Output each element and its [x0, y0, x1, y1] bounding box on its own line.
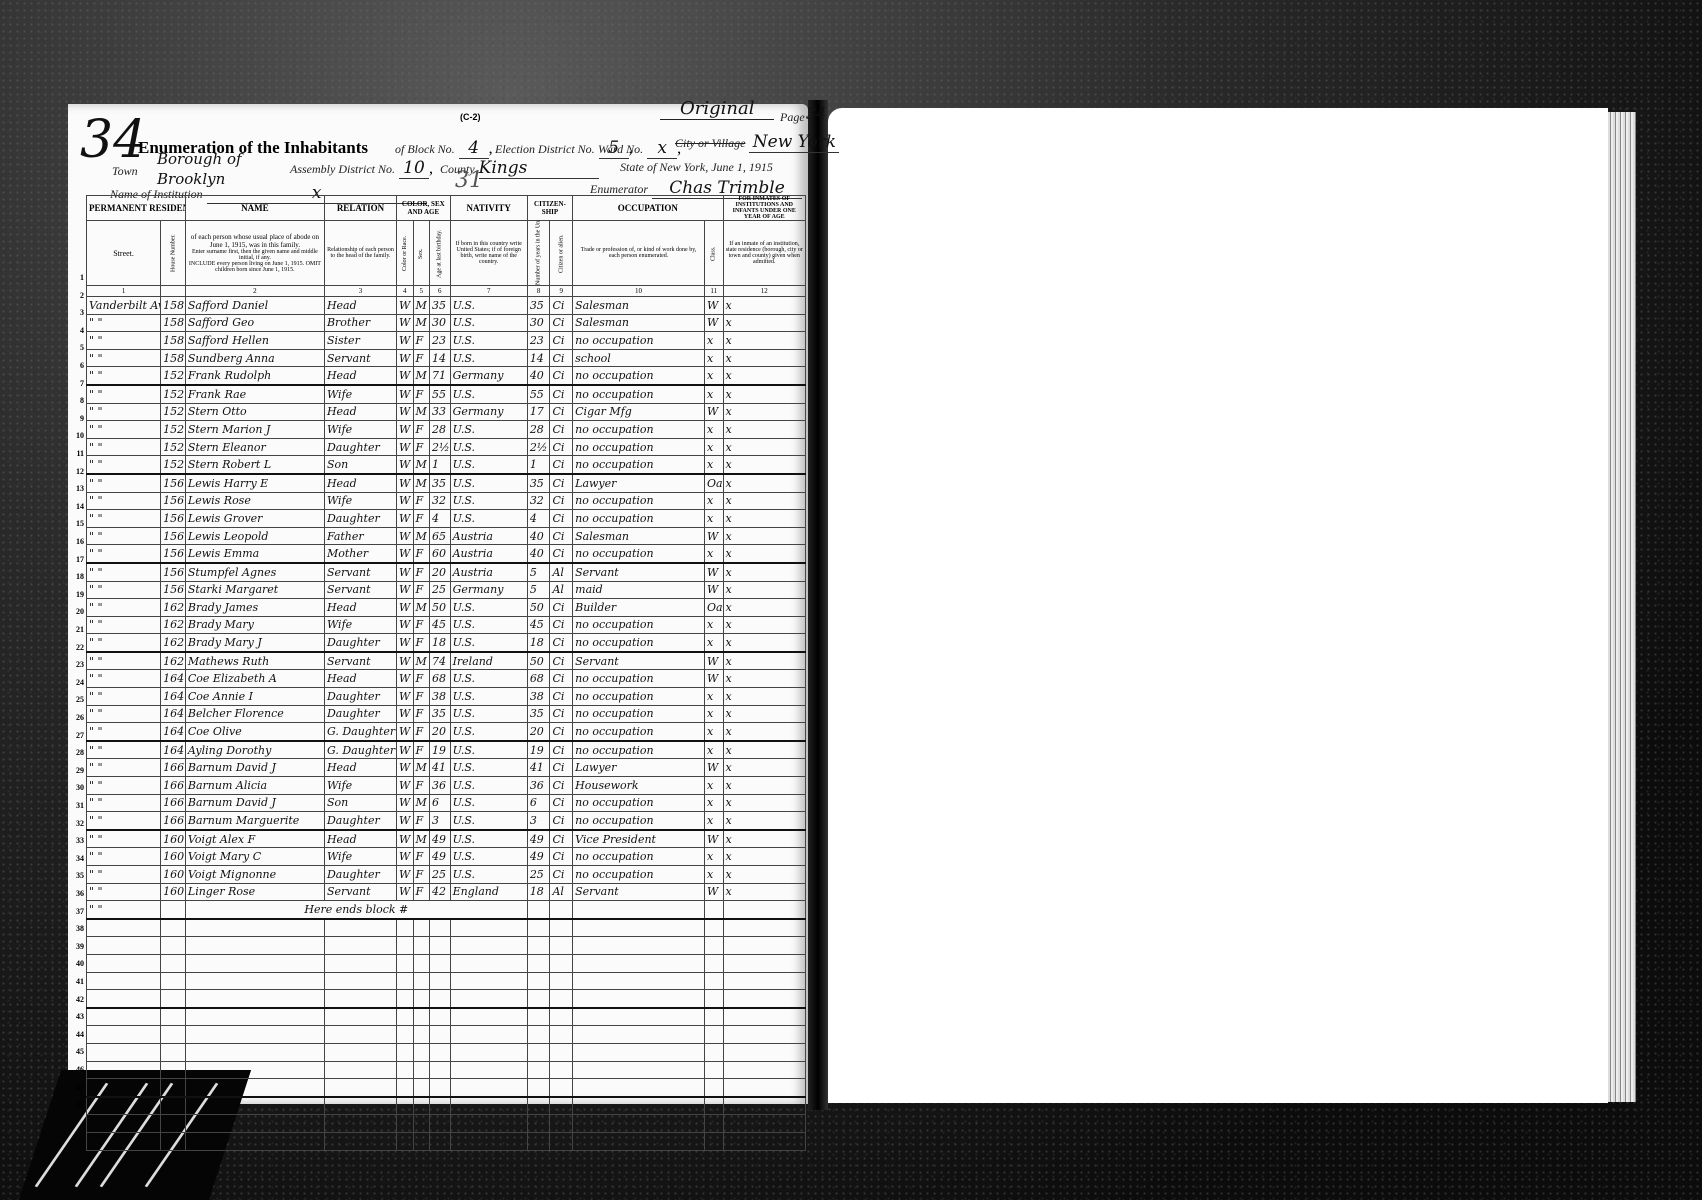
- cell-cit: Ci: [550, 527, 573, 545]
- cell-nativity: U.S.: [450, 349, 527, 367]
- cell-col12: x: [723, 545, 805, 563]
- row-number: 8: [66, 396, 84, 405]
- cell-years: 23: [527, 332, 550, 350]
- cell-age: 35: [429, 474, 450, 492]
- table-row: " "162Brady JamesHeadWM50U.S.50CiBuilder…: [87, 599, 806, 617]
- cell-col12: x: [723, 297, 805, 315]
- cell-empty: [413, 972, 429, 990]
- enumerator-label: Enumerator: [590, 182, 648, 196]
- assembly-value: 10: [399, 158, 429, 179]
- name-desc: of each person whose usual place of abod…: [188, 233, 322, 249]
- cell-nativity: U.S.: [450, 616, 527, 634]
- cell-house: 160: [161, 830, 186, 848]
- cell-years: 35: [527, 297, 550, 315]
- cell-nativity: U.S.: [450, 314, 527, 332]
- cell-relation: Head: [324, 474, 396, 492]
- cell-occupation: no occupation: [573, 688, 705, 706]
- cell-occupation: no occupation: [573, 634, 705, 652]
- cell-years: 35: [527, 474, 550, 492]
- cell-color: W: [397, 438, 413, 456]
- cell-house: 164: [161, 705, 186, 723]
- cell-sex: F: [413, 705, 429, 723]
- cell-age: 60: [429, 545, 450, 563]
- table-row: [87, 1026, 806, 1044]
- table-row: [87, 937, 806, 955]
- cell-occupation: no occupation: [573, 492, 705, 510]
- cell-empty: [324, 919, 396, 937]
- cell-years: 38: [527, 688, 550, 706]
- cell-name: Safford Daniel: [185, 297, 324, 315]
- cell-col12: x: [723, 421, 805, 439]
- cell-empty: [450, 937, 527, 955]
- cell-empty: [723, 1026, 805, 1044]
- cell-empty: [704, 954, 723, 972]
- cell-nativity: U.S.: [450, 777, 527, 795]
- cell-empty: [704, 937, 723, 955]
- row-number: 43: [66, 1012, 84, 1021]
- cell-color: W: [397, 705, 413, 723]
- cell-class: W: [704, 883, 723, 901]
- cell-empty: [397, 990, 413, 1008]
- col-num-11: 11: [704, 286, 723, 297]
- col-num-12: 12: [723, 286, 805, 297]
- cell-empty: [429, 990, 450, 1008]
- cell-class: x: [704, 848, 723, 866]
- cell-house: 160: [161, 883, 186, 901]
- header-years-us: Number of years in the United States.: [527, 221, 550, 286]
- town-value-line1: Borough of: [157, 150, 242, 168]
- row-number: 15: [66, 519, 84, 528]
- cell-sex: M: [413, 527, 429, 545]
- cell-empty: [413, 919, 429, 937]
- table-row: " "152Stern Marion JWifeWF28U.S.28Cino o…: [87, 421, 806, 439]
- cell-name: Sundberg Anna: [185, 349, 324, 367]
- cell-occupation: maid: [573, 581, 705, 599]
- cell-street: " ": [87, 581, 161, 599]
- cell-empty: [723, 954, 805, 972]
- cell-house: 152: [161, 421, 186, 439]
- cell-name: Coe Olive: [185, 723, 324, 741]
- cell-relation: Sister: [324, 332, 396, 350]
- cell-relation: Wife: [324, 616, 396, 634]
- cell-nativity: U.S.: [450, 723, 527, 741]
- cell-empty: [324, 1043, 396, 1061]
- cell-sex: F: [413, 723, 429, 741]
- cell-house: 160: [161, 866, 186, 884]
- cell-occupation: Lawyer: [573, 759, 705, 777]
- cell-cit: Ci: [550, 456, 573, 474]
- cell-empty: [429, 972, 450, 990]
- cell-sex: M: [413, 652, 429, 670]
- cell-relation: Servant: [324, 581, 396, 599]
- election-district-label: Election District No.: [495, 142, 595, 156]
- cell-empty: [527, 972, 550, 990]
- cell-name: Stern Otto: [185, 403, 324, 421]
- cell-nativity: Austria: [450, 527, 527, 545]
- cell-sex: M: [413, 403, 429, 421]
- cell-name: Ayling Dorothy: [185, 741, 324, 759]
- cell-color: W: [397, 866, 413, 884]
- cell-street: " ": [87, 759, 161, 777]
- cell-empty: [324, 954, 396, 972]
- cell-col12: x: [723, 385, 805, 403]
- cell-years: 5: [527, 563, 550, 581]
- header-occupation-desc: Trade or profession of, or kind of work …: [573, 221, 705, 286]
- cell-house: 152: [161, 456, 186, 474]
- cell-empty: [413, 1079, 429, 1097]
- cell-color: W: [397, 367, 413, 385]
- cell-col12: x: [723, 670, 805, 688]
- cell-col12: x: [723, 456, 805, 474]
- form-code: (C-2): [460, 112, 481, 122]
- cell-relation: Daughter: [324, 438, 396, 456]
- cell-nativity: U.S.: [450, 848, 527, 866]
- cell-cit: Al: [550, 581, 573, 599]
- cell-empty: [161, 1043, 186, 1061]
- cell-class: x: [704, 385, 723, 403]
- cell-empty: [87, 1079, 161, 1097]
- cell-years: 18: [527, 634, 550, 652]
- cell-age: 71: [429, 367, 450, 385]
- cell-years: 40: [527, 545, 550, 563]
- cell-color: W: [397, 421, 413, 439]
- cell-age: 23: [429, 332, 450, 350]
- city-label: City or Village: [675, 136, 745, 150]
- cell-occupation: no occupation: [573, 545, 705, 563]
- cell-occupation: no occupation: [573, 741, 705, 759]
- cell-color: W: [397, 794, 413, 812]
- cell-relation: Daughter: [324, 688, 396, 706]
- table-row: [87, 990, 806, 1008]
- cell-cit: Ci: [550, 688, 573, 706]
- table-row: " "162Brady MaryWifeWF45U.S.45Cino occup…: [87, 616, 806, 634]
- cell-relation: Daughter: [324, 812, 396, 830]
- row-number: 1: [66, 273, 84, 282]
- cell-years: 35: [527, 705, 550, 723]
- cell-name: Stern Eleanor: [185, 438, 324, 456]
- city-value: New York: [749, 132, 839, 153]
- cell-empty: [161, 1061, 186, 1079]
- cell-house: 166: [161, 812, 186, 830]
- cell-relation: Son: [324, 456, 396, 474]
- assembly-field: Assembly District No. 10,: [290, 158, 433, 179]
- table-row: " "152Stern OttoHeadWM33Germany17CiCigar…: [87, 403, 806, 421]
- cell-col12: x: [723, 510, 805, 528]
- cell-name: Barnum David J: [185, 759, 324, 777]
- cell-street: Vanderbilt Av: [87, 297, 161, 315]
- cell-name: Frank Rudolph: [185, 367, 324, 385]
- cell-empty: [87, 954, 161, 972]
- cell-empty: [161, 937, 186, 955]
- cell-empty: [723, 1132, 805, 1150]
- cell-color: W: [397, 545, 413, 563]
- cell-house: 166: [161, 759, 186, 777]
- cell-street: " ": [87, 670, 161, 688]
- cell-color: W: [397, 688, 413, 706]
- cell-empty: [87, 937, 161, 955]
- row-number: 31: [66, 801, 84, 810]
- cell-nativity: U.S.: [450, 741, 527, 759]
- cell-house: [161, 901, 186, 919]
- cell-empty: [397, 1026, 413, 1044]
- cell-occupation: no occupation: [573, 848, 705, 866]
- cell-empty: [723, 937, 805, 955]
- cell-empty: [87, 1026, 161, 1044]
- table-row: " "160Voigt Mary CWifeWF49U.S.49Cino occ…: [87, 848, 806, 866]
- cell-empty: [550, 1097, 573, 1115]
- original-label: Original: [660, 98, 774, 120]
- table-row: " "166Barnum AliciaWifeWF36U.S.36CiHouse…: [87, 777, 806, 795]
- cell-empty: [723, 919, 805, 937]
- cell-house: 152: [161, 438, 186, 456]
- cell-empty: [397, 1061, 413, 1079]
- cell-empty: [573, 1043, 705, 1061]
- table-row: " "156Lewis RoseWifeWF32U.S.32Cino occup…: [87, 492, 806, 510]
- cell-years: 18: [527, 883, 550, 901]
- cell-house: 158: [161, 349, 186, 367]
- cell-age: 18: [429, 634, 450, 652]
- cell-cit: Ci: [550, 670, 573, 688]
- cell-house: 156: [161, 510, 186, 528]
- cell-col12: x: [723, 367, 805, 385]
- cell-house: 156: [161, 563, 186, 581]
- cell-col12: x: [723, 314, 805, 332]
- cell-class: x: [704, 723, 723, 741]
- cell-nativity: U.S.: [450, 510, 527, 528]
- cell-col12: x: [723, 599, 805, 617]
- cell-sex: F: [413, 848, 429, 866]
- cell-class: x: [704, 421, 723, 439]
- cell-sex: F: [413, 777, 429, 795]
- cell-relation: Wife: [324, 421, 396, 439]
- margin-note: 31: [455, 168, 483, 193]
- cell-empty: [550, 1043, 573, 1061]
- cell-occupation: school: [573, 349, 705, 367]
- cell-house: 156: [161, 474, 186, 492]
- cell-age: 74: [429, 652, 450, 670]
- cell-house: 164: [161, 741, 186, 759]
- cell-color: W: [397, 527, 413, 545]
- cell-nativity: England: [450, 883, 527, 901]
- cell-empty: [185, 954, 324, 972]
- cell-empty: [413, 1132, 429, 1150]
- cell-occupation: Vice President: [573, 830, 705, 848]
- cell-street: " ": [87, 688, 161, 706]
- cell-house: 160: [161, 848, 186, 866]
- cell-years: 36: [527, 777, 550, 795]
- cell-sex: F: [413, 670, 429, 688]
- table-row: [87, 1079, 806, 1097]
- cell-house: 158: [161, 314, 186, 332]
- cell-years: 49: [527, 830, 550, 848]
- cell-empty: [397, 1097, 413, 1115]
- cell-house: 156: [161, 492, 186, 510]
- cell-color: W: [397, 812, 413, 830]
- cell-col12: x: [723, 332, 805, 350]
- cell-empty: [723, 972, 805, 990]
- row-number: 46: [66, 1065, 84, 1074]
- row-number: 36: [66, 889, 84, 898]
- cell-relation: Wife: [324, 385, 396, 403]
- cell-street: " ": [87, 367, 161, 385]
- cell-relation: Servant: [324, 652, 396, 670]
- cell-empty: [397, 919, 413, 937]
- cell-sex: F: [413, 688, 429, 706]
- table-row: [87, 1097, 806, 1115]
- row-number: 42: [66, 995, 84, 1004]
- cell-years: 30: [527, 314, 550, 332]
- col-num-3: 3: [324, 286, 396, 297]
- cell-empty: [450, 972, 527, 990]
- cell-relation: Head: [324, 670, 396, 688]
- cell-occupation: Salesman: [573, 297, 705, 315]
- cell-color: W: [397, 474, 413, 492]
- cell-empty: [573, 1097, 705, 1115]
- cell-age: 41: [429, 759, 450, 777]
- cell-street: " ": [87, 777, 161, 795]
- cell-empty: [324, 990, 396, 1008]
- row-number: 45: [66, 1047, 84, 1056]
- end-of-block-note: Here ends block #: [185, 901, 527, 919]
- cell-occupation: Servant: [573, 563, 705, 581]
- name-instr2: INCLUDE every person living on June 1, 1…: [188, 261, 322, 273]
- header-class: Class.: [704, 221, 723, 286]
- town-label: Town: [112, 164, 138, 178]
- ward-label: Ward No.: [598, 142, 643, 156]
- cell-class: W: [704, 652, 723, 670]
- cell-cit: Ci: [550, 438, 573, 456]
- table-row: " "158Safford GeoBrotherWM30U.S.30CiSale…: [87, 314, 806, 332]
- table-row: " "164Coe Elizabeth AHeadWF68U.S.68Cino …: [87, 670, 806, 688]
- cell-age: 36: [429, 777, 450, 795]
- cell-age: 45: [429, 616, 450, 634]
- cell-nativity: U.S.: [450, 474, 527, 492]
- cell-years: 55: [527, 385, 550, 403]
- cell-class: x: [704, 794, 723, 812]
- header-color-sex-age: COLOR, SEX AND AGE: [397, 196, 451, 221]
- cell-years: 25: [527, 866, 550, 884]
- col-num-1: 1: [87, 286, 161, 297]
- cell-nativity: U.S.: [450, 670, 527, 688]
- col-num-10: 10: [573, 286, 705, 297]
- cell-empty: [704, 1115, 723, 1133]
- cell-empty: [87, 972, 161, 990]
- cell-sex: F: [413, 438, 429, 456]
- table-row: " "152Frank RudolphHeadWM71Germany40Cino…: [87, 367, 806, 385]
- column-number-row: 1 2 3 4 5 6 7 8 9 10 11 12: [87, 286, 806, 297]
- cell-empty: [429, 919, 450, 937]
- cell-years: 1: [527, 456, 550, 474]
- table-row: " "156Stumpfel AgnesServantWF20Austria5A…: [87, 563, 806, 581]
- table-row: " "156Starki MargaretServantWF25Germany5…: [87, 581, 806, 599]
- cell-house: 156: [161, 581, 186, 599]
- cell-years: 4: [527, 510, 550, 528]
- cell-house: 164: [161, 670, 186, 688]
- row-number: 14: [66, 502, 84, 511]
- cell-empty: [161, 954, 186, 972]
- cell-empty: [450, 1043, 527, 1061]
- cell-color: W: [397, 848, 413, 866]
- cell-relation: Daughter: [324, 634, 396, 652]
- header-occupation: OCCUPATION: [573, 196, 723, 221]
- cell-sex: F: [413, 545, 429, 563]
- header-nativity: NATIVITY: [450, 196, 527, 221]
- cell-street: " ": [87, 545, 161, 563]
- table-body: Vanderbilt Av158Safford DanielHeadWM35U.…: [87, 297, 806, 1151]
- cell-street: " ": [87, 456, 161, 474]
- cell-empty: [550, 990, 573, 1008]
- cell-empty: [573, 919, 705, 937]
- cell-nativity: U.S.: [450, 332, 527, 350]
- cell-empty: [704, 1132, 723, 1150]
- cell-years: 68: [527, 670, 550, 688]
- cell-empty: [413, 1043, 429, 1061]
- book-page-edges: [1608, 112, 1636, 1102]
- cell-name: Voigt Alex F: [185, 830, 324, 848]
- cell-col12: x: [723, 759, 805, 777]
- cell-empty: [87, 1061, 161, 1079]
- cell-cit: Ci: [550, 510, 573, 528]
- cell-empty: [704, 1043, 723, 1061]
- cell-cit: Ci: [550, 349, 573, 367]
- cell-empty: [723, 1061, 805, 1079]
- cell-col12: x: [723, 812, 805, 830]
- cell-col12: x: [723, 349, 805, 367]
- cell-empty: [324, 1079, 396, 1097]
- cell-col12: x: [723, 688, 805, 706]
- header-age: Age at last birthday.: [429, 221, 450, 286]
- cell-cit: Ci: [550, 741, 573, 759]
- cell-relation: Head: [324, 367, 396, 385]
- cell-sex: F: [413, 581, 429, 599]
- cell-empty: [573, 1132, 705, 1150]
- cell-class: x: [704, 332, 723, 350]
- cell-occupation: no occupation: [573, 510, 705, 528]
- cell-empty: [429, 1008, 450, 1026]
- row-number: 2: [66, 291, 84, 300]
- cell-street: " ": [87, 794, 161, 812]
- cell-relation: Head: [324, 403, 396, 421]
- cell-sex: F: [413, 332, 429, 350]
- cell-relation: Wife: [324, 777, 396, 795]
- cell-relation: Wife: [324, 492, 396, 510]
- cell-empty: [397, 937, 413, 955]
- cell-col12: x: [723, 563, 805, 581]
- cell-color: W: [397, 599, 413, 617]
- cell-empty: [397, 972, 413, 990]
- table-row: [87, 1043, 806, 1061]
- cell-color: W: [397, 652, 413, 670]
- cell-col12: x: [723, 652, 805, 670]
- row-number: 48: [66, 1100, 84, 1109]
- cell-relation: Head: [324, 830, 396, 848]
- cell-street: " ": [87, 848, 161, 866]
- cell-nativity: U.S.: [450, 705, 527, 723]
- cell-street: " ": [87, 616, 161, 634]
- row-number: 16: [66, 537, 84, 546]
- cell-cit: Ci: [550, 794, 573, 812]
- cell-years: 28: [527, 421, 550, 439]
- cell-empty: [161, 1026, 186, 1044]
- cell-color: W: [397, 670, 413, 688]
- cell-empty: [527, 1115, 550, 1133]
- cell-sex: F: [413, 349, 429, 367]
- table-row: " "164Coe Annie IDaughterWF38U.S.38Cino …: [87, 688, 806, 706]
- cell-relation: Head: [324, 759, 396, 777]
- cell-empty: [704, 919, 723, 937]
- cell-sex: M: [413, 456, 429, 474]
- cell-years: 20: [527, 723, 550, 741]
